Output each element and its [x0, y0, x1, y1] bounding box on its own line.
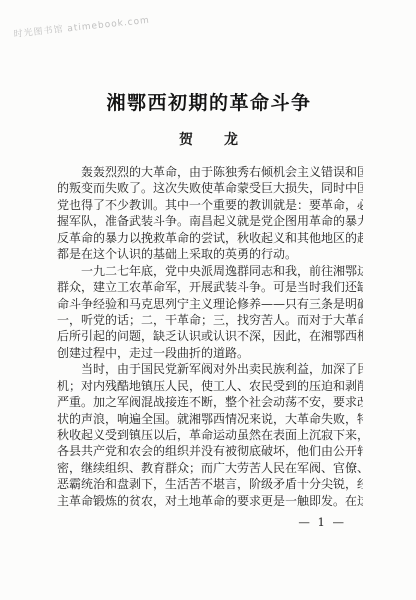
library-watermark: 时光图书馆 atimebook.com: [13, 13, 150, 40]
body-line: 创建过程中，走过一段曲折的道路。: [57, 345, 363, 361]
article-body: 轰轰烈烈的大革命，由于陈独秀右倾机会主义错误和国民党 的叛变而失败了。这次失败使…: [57, 164, 363, 509]
scanned-book-page: 时光图书馆 atimebook.com 湘鄂西初期的革命斗争 贺 龙 轰轰烈烈的…: [0, 0, 416, 600]
body-line: 都是在这个认识的基础上采取的英勇的行动。: [57, 246, 363, 262]
article-author: 贺 龙: [56, 129, 362, 149]
body-line: 当时，由于国民党新军阀对外出卖民族利益，加深了民族危: [57, 361, 363, 377]
body-line: 各县共产党和农会的组织并没有被彻底破坏，他们由公开转入秘: [57, 443, 363, 459]
body-line: 党也得了不少教训。其中一个重要的教训就是：要革命，必须掌: [57, 197, 363, 213]
body-line: 轰轰烈烈的大革命，由于陈独秀右倾机会主义错误和国民党: [57, 164, 363, 180]
body-line: 严重。加之军阀混战接连不断，整个社会动荡不安，要求改变现: [57, 394, 363, 410]
page-number: — 1 —: [298, 515, 346, 529]
body-line: 一九二七年底，党中央派周逸群同志和我，前往湘鄂边发动: [57, 263, 363, 279]
body-line: 的叛变而失败了。这次失败使革命蒙受巨大损失，同时中国共产: [57, 180, 363, 196]
body-line: 反革命的暴力以挽救革命的尝试，秋收起义和其他地区的起义，也: [57, 230, 363, 246]
body-line: 命斗争经验和马克思列宁主义理论修养——只有三条是明确的：: [57, 296, 363, 312]
body-line: 握军队，准备武装斗争。南昌起义就是党企图用革命的暴力对付: [57, 213, 363, 229]
body-line: 一，听党的话；二，干革命；三，找穷苦人。而对于大革命失败: [57, 312, 363, 328]
body-line: 后所引起的问题，缺乏认识或认识不深，因此，在湘鄂西根据地: [57, 328, 363, 344]
body-line: 秋收起义受到镇压以后，革命运动虽然在表面上沉寂下来，但是: [57, 427, 363, 443]
body-line: 机；对内残酷地镇压人民，使工人、农民受到的压迫和剥削更为: [57, 378, 363, 394]
body-line: 密，继续组织、教育群众；而广大劳苦人民在军阀、官僚、地主、: [57, 460, 363, 476]
body-line: 主革命锻炼的贫农，对土地革命的要求更是一触即发。在这种情: [57, 493, 363, 509]
body-line: 状的声浪，响遍全国。就湘鄂西情况来说，大革命失败，特别是: [57, 411, 363, 427]
article-title: 湘鄂西初期的革命斗争: [56, 88, 362, 115]
body-line: 恶霸统治和盘剥下，生活苦不堪言，阶级矛盾十分尖锐，经过民: [57, 476, 363, 492]
body-line: 群众，建立工农革命军，开展武装斗争。可是当时我们还缺乏革: [57, 279, 363, 295]
